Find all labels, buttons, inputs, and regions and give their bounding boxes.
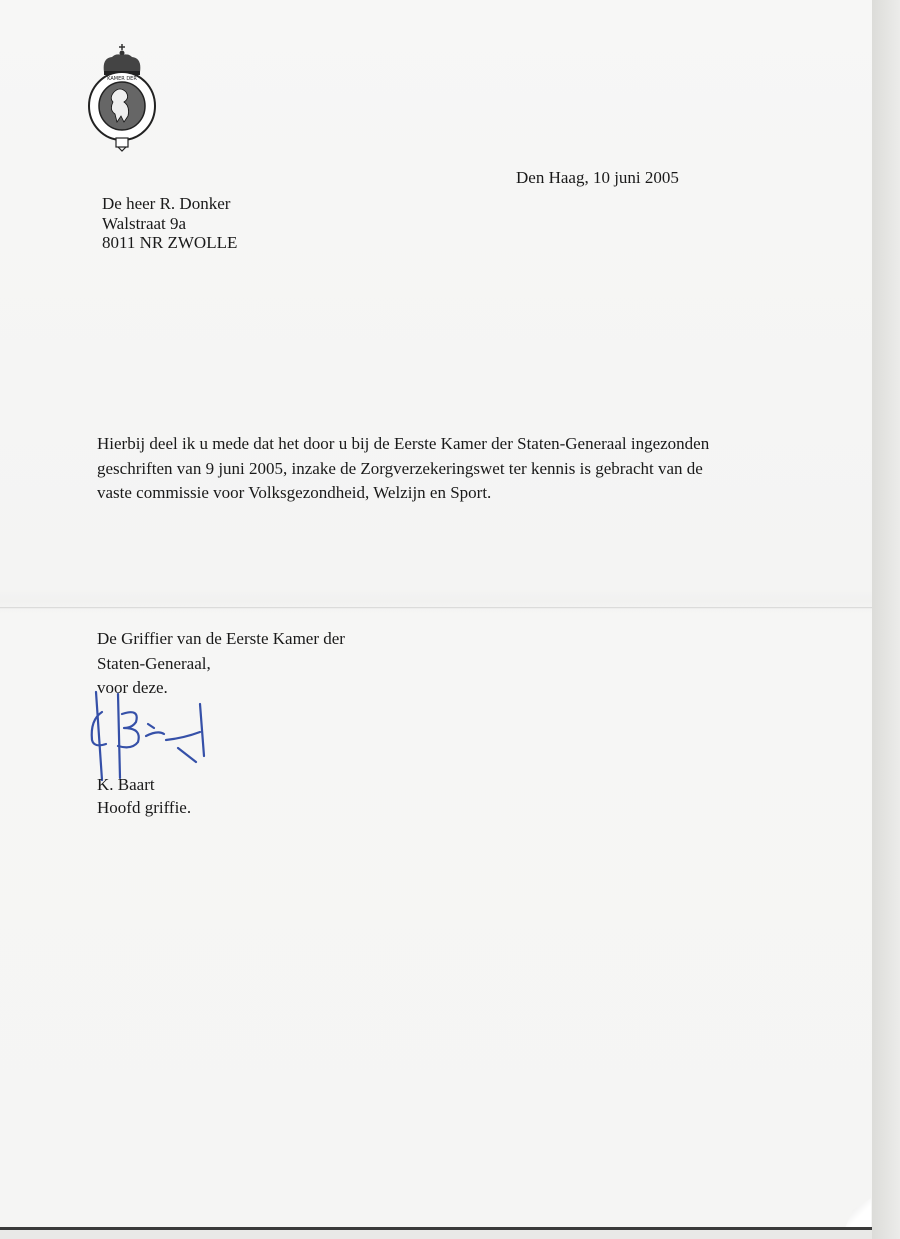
paper-fold-line	[0, 607, 872, 609]
recipient-address: De heer R. Donker Walstraat 9a 8011 NR Z…	[102, 194, 237, 253]
body-line: vaste commissie voor Volksgezondheid, We…	[97, 481, 709, 506]
letter-paper: KAMER DER Den Haag, 10 juni 2005 De heer…	[0, 0, 872, 1228]
signer-title: Hoofd griffie.	[97, 796, 191, 819]
recipient-name: De heer R. Donker	[102, 194, 237, 214]
eerste-kamer-crest-icon: KAMER DER	[86, 40, 158, 152]
paper-corner-curl	[845, 1198, 871, 1228]
letter-date: Den Haag, 10 juni 2005	[516, 168, 679, 188]
scan-background-right	[872, 0, 900, 1239]
recipient-street: Walstraat 9a	[102, 214, 237, 234]
svg-text:KAMER DER: KAMER DER	[107, 76, 137, 82]
paper-edge-bottom	[0, 1227, 872, 1230]
recipient-postal-city: 8011 NR ZWOLLE	[102, 233, 237, 253]
body-line: geschriften van 9 juni 2005, inzake de Z…	[97, 457, 709, 482]
body-line: Hierbij deel ik u mede dat het door u bi…	[97, 432, 709, 457]
letter-body: Hierbij deel ik u mede dat het door u bi…	[97, 432, 709, 506]
closing-line: Staten-Generaal,	[97, 652, 345, 677]
signer-name: K. Baart	[97, 773, 191, 796]
signer-block: K. Baart Hoofd griffie.	[97, 773, 191, 819]
closing-line: De Griffier van de Eerste Kamer der	[97, 627, 345, 652]
